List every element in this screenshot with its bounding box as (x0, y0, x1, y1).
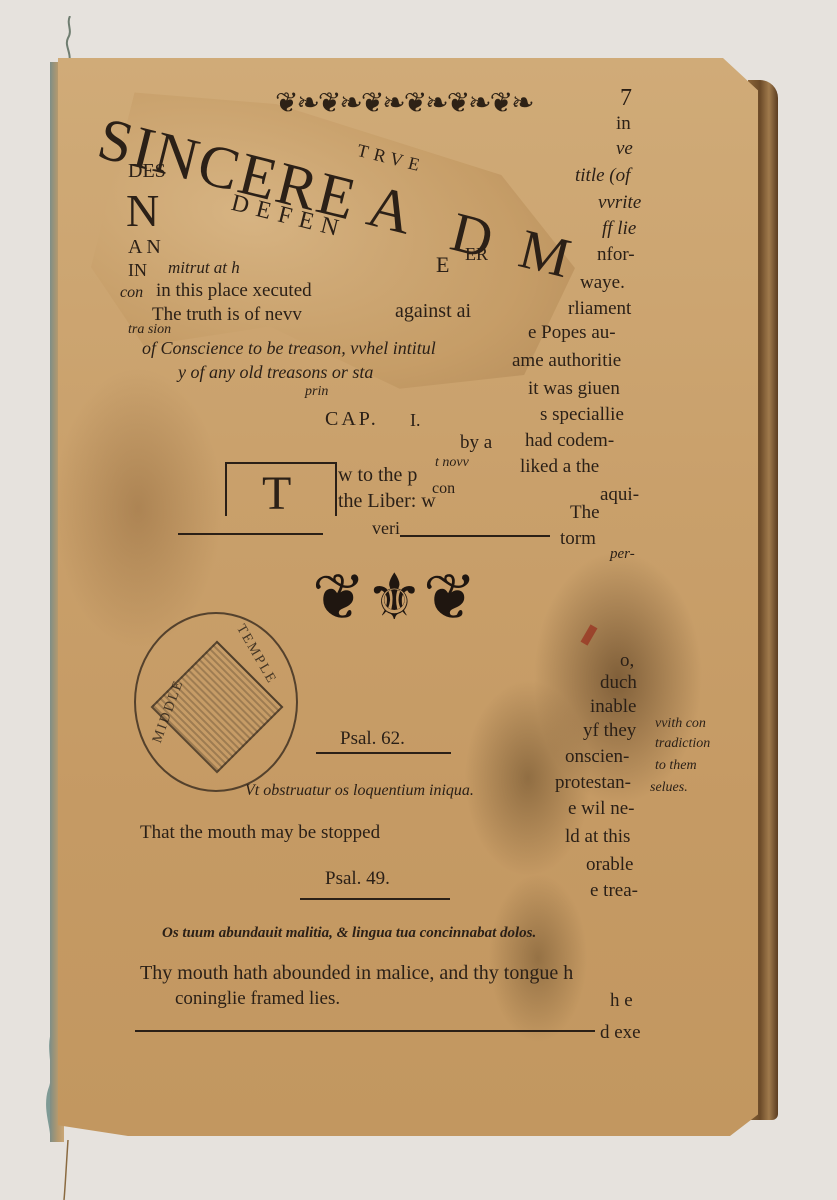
right-column-line: title (of (575, 165, 630, 187)
body-line: w to the p (338, 464, 417, 487)
italic-line: y of any old treasons or sta (178, 362, 373, 383)
right-column-line: liked a the (520, 456, 599, 478)
right-column-line: protestan- (555, 772, 631, 794)
right-column-line: orable (586, 854, 633, 876)
rule-line (400, 535, 550, 537)
right-column-line: it was giuen (528, 378, 620, 400)
fragment-text: E (436, 252, 449, 278)
right-column-line: waye. (580, 272, 625, 294)
margin-note-line: vvith con (655, 716, 706, 732)
italic-line: mitrut at h (168, 258, 240, 278)
right-column-line: ame authoritie (512, 350, 621, 372)
psalm-latin: Vt obstruatur os loquentium iniqua. (245, 782, 474, 800)
right-column-line: per- (610, 546, 635, 563)
title-left-line: DES (128, 160, 166, 183)
rule-line (135, 1030, 595, 1032)
body-line: by a (460, 432, 492, 454)
rule-line (316, 752, 451, 754)
psalm-english: coninglie framed lies. (175, 988, 340, 1010)
italic-line: prin (305, 384, 328, 400)
fleuron-ornament-icon: ❦⚜❦ (312, 566, 477, 630)
right-column-line: s speciallie (540, 404, 624, 426)
body-line: the Liber: w (338, 490, 436, 513)
right-column-line: had codem- (525, 430, 614, 452)
italic-line: in this place xecuted (156, 280, 312, 302)
right-column-line: ld at this (565, 826, 630, 848)
right-column-line: duch (600, 672, 637, 694)
right-column-line: nfor- (597, 244, 635, 266)
initial-letter: T (262, 466, 291, 521)
psalm-english: Thy mouth hath abounded in malice, and t… (140, 962, 573, 985)
italic-line: tra sion (128, 322, 171, 338)
psalm-latin: Os tuum abundauit malitia, & lingua tua … (162, 925, 536, 942)
right-column-line: ve (616, 138, 633, 160)
right-column-line: inable (590, 696, 636, 718)
header-ornament: ❦❧❦❧❦❧❦❧❦❧❦❧ (275, 86, 605, 122)
right-column-line: rliament (568, 298, 631, 320)
rule-line (178, 533, 323, 535)
margin-note-line: tradiction (655, 736, 710, 752)
right-column-line: aqui- (600, 484, 639, 506)
italic-line: of Conscience to be treason, vvhel intit… (142, 338, 436, 359)
right-column-line: h e (610, 990, 633, 1012)
body-line: t novv (435, 455, 469, 471)
right-column-line: in (616, 113, 631, 135)
right-column-line: d exe (600, 1022, 641, 1044)
psalm-reference: Psal. 62. (340, 728, 405, 750)
fragment-text: ER (465, 244, 488, 265)
right-column-line: yf they (583, 720, 636, 742)
title-left-line: N (126, 184, 159, 237)
page-number: 7 (620, 85, 632, 112)
right-column-line: The (570, 502, 600, 524)
right-column-line: ff lie (602, 218, 636, 240)
title-left-line: con (120, 284, 143, 302)
chapter-number: I. (410, 410, 421, 431)
right-column-line: vvrite (598, 192, 641, 214)
italic-line: The truth is of nevv (152, 304, 302, 326)
margin-note-line: to them (655, 758, 697, 774)
psalm-reference: Psal. 49. (325, 868, 390, 890)
right-column-line: e wil ne- (568, 798, 634, 820)
title-left-line: A N (128, 236, 161, 259)
right-column-line: torm (560, 528, 596, 550)
right-column-line: o, (620, 650, 634, 672)
fragment-text: against ai (395, 300, 471, 323)
right-column-line: e Popes au- (528, 322, 616, 344)
right-column-line: onscien- (565, 746, 629, 768)
margin-note-line: selues. (650, 780, 688, 796)
body-line: veri (372, 518, 400, 539)
rule-line (300, 898, 450, 900)
psalm-english: That the mouth may be stopped (140, 822, 380, 844)
right-column-line: e trea- (590, 880, 638, 902)
chapter-label: CAP. (325, 408, 379, 431)
title-left-line: IN (128, 260, 147, 281)
binding-thread-top (64, 16, 74, 64)
